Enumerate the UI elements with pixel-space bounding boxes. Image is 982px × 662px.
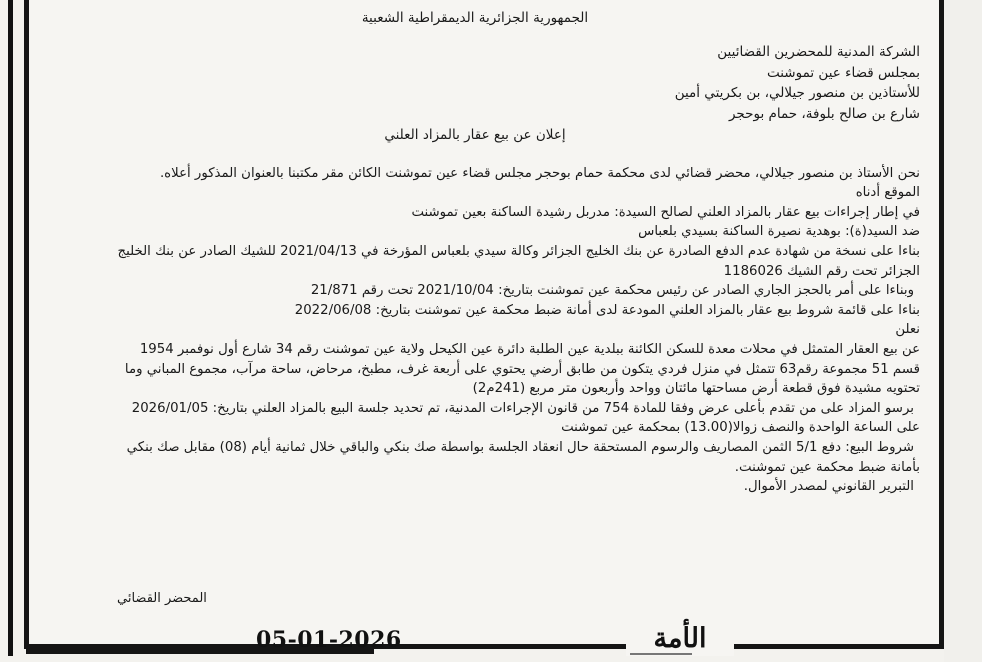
- bailiff-signature: المحضر القضائي: [117, 591, 207, 606]
- auction-line-2: على الساعة الواحدة والنصف زوالا(13.00) ب…: [30, 418, 920, 438]
- property-line-3: تحتويه مشيدة فوق قطعة أرض مساحتها مائتان…: [30, 379, 920, 399]
- seizure-order: وبناءا على أمر بالحجز الجاري الصادر عن ر…: [30, 281, 920, 301]
- sale-terms-line-2: بأمانة ضبط محكمة عين تموشنت.: [30, 458, 920, 478]
- sale-terms-line-1: شروط البيع: دفع 5/1 الثمن المصاريف والرس…: [30, 438, 920, 458]
- office-line-4: شارع بن صالح بلوفة، حمام بوحجر: [30, 104, 920, 125]
- framework-paragraph: في إطار إجراءات بيع عقار بالمزاد العلني …: [30, 203, 920, 223]
- auction-line-1: برسو المزاد على من تقدم بأعلى عرض وفقا ل…: [30, 399, 920, 419]
- republic-header: الجمهورية الجزائرية الديمقراطية الشعبية: [30, 8, 920, 34]
- publication-date: 05-01-2026: [256, 627, 402, 653]
- intro-paragraph: نحن الأستاذ بن منصور جيلالي، محضر قضائي …: [30, 164, 920, 184]
- office-line-1: الشركة المدنية للمحضرين القضائيين: [30, 42, 920, 63]
- notice-body: نحن الأستاذ بن منصور جيلالي، محضر قضائي …: [30, 164, 920, 497]
- office-header: الشركة المدنية للمحضرين القضائيين بمجلس …: [30, 42, 920, 124]
- office-line-2: بمجلس قضاء عين تموشنت: [30, 63, 920, 84]
- column-rule-left: [8, 0, 13, 656]
- property-line-2: قسم 51 مجموعة رقم63 تتمثل في منزل فردي ي…: [30, 360, 920, 380]
- against-paragraph: ضد السيد(ة): بوهدية نصيرة الساكنة بسيدي …: [30, 222, 920, 242]
- office-line-3: للأستاذين بن منصور جيلالي، بن بكريتي أمي…: [30, 83, 920, 104]
- legal-justification: التبرير القانوني لمصدر الأموال.: [30, 477, 920, 497]
- newspaper-logo-text: الأمة: [654, 623, 707, 654]
- right-margin: [944, 0, 982, 662]
- notice-title: إعلان عن بيع عقار بالمزاد العلني: [30, 126, 920, 146]
- newspaper-logo: الأمة: [626, 620, 734, 656]
- announce-word: نعلن: [30, 320, 920, 340]
- signed-below: الموقع أدناه: [30, 183, 920, 203]
- logo-tagline-icon: [630, 653, 692, 655]
- notice-content: الجمهورية الجزائرية الديمقراطية الشعبية …: [30, 8, 920, 497]
- property-line-1: عن بيع العقار المتمثل في محلات معدة للسك…: [30, 340, 920, 360]
- conditions-list: بناءا على قائمة شروط بيع عقار بالمزاد ال…: [30, 301, 920, 321]
- certificate-line-1: بناءا على نسخة من شهادة عدم الدفع الصادر…: [30, 242, 920, 262]
- certificate-line-2: الجزائر تحت رقم الشيك 1186026: [30, 262, 920, 282]
